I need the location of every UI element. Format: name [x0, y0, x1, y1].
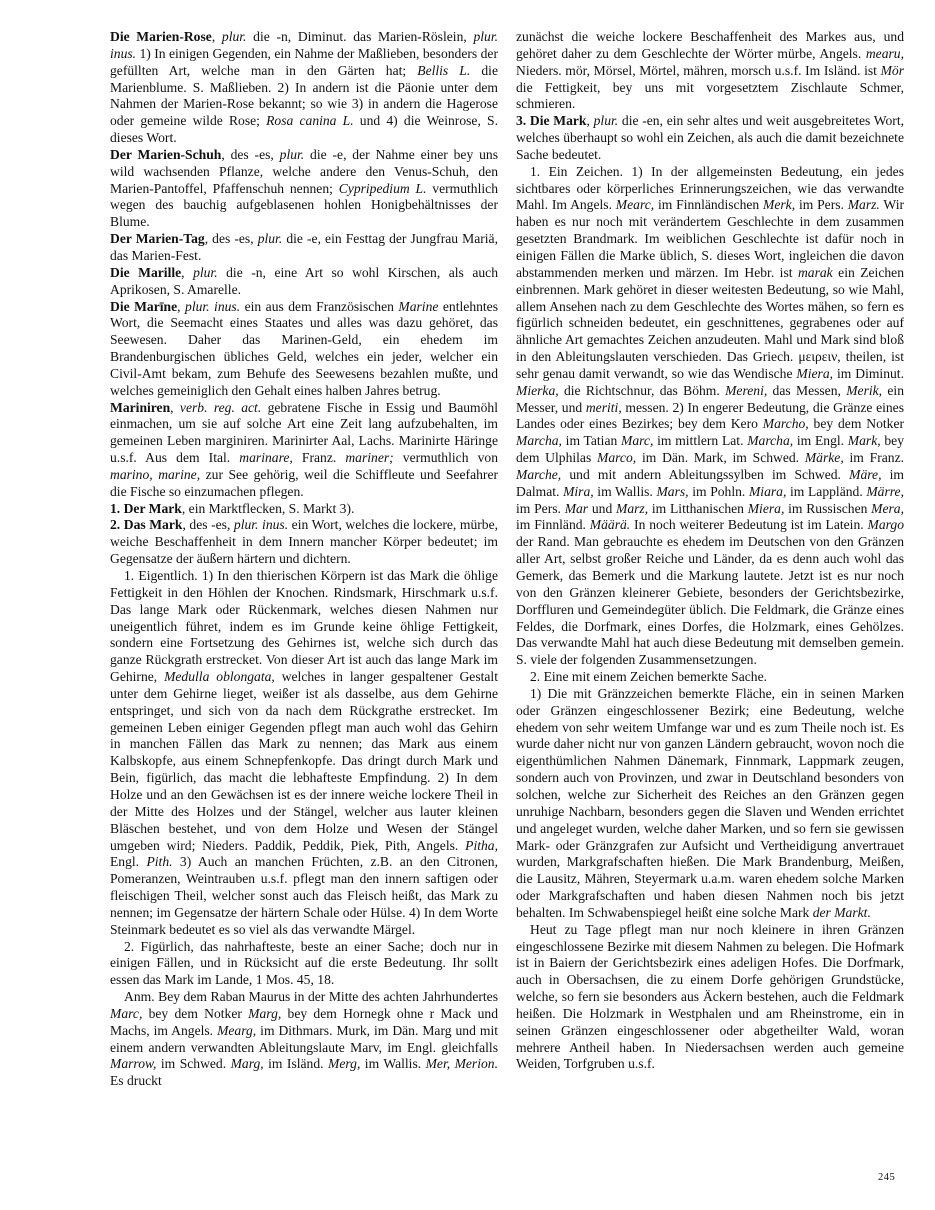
text: , [170, 400, 180, 415]
italic-term: Mearc, [616, 197, 654, 212]
headword: Der Marien-Tag [110, 231, 205, 246]
paragraph: 2. Figürlich, das nahrhafteste, beste an… [110, 939, 498, 990]
italic-term: Märe, [849, 467, 881, 482]
italic-term: Marrow, [110, 1056, 156, 1071]
text: und mit andern Ableitungssylben im Schwe… [561, 467, 849, 482]
paragraph: zunächst die weiche lockere Beschaffenhe… [516, 29, 904, 113]
text: Anm. Bey dem Raban Maurus in der Mitte d… [124, 989, 498, 1004]
text: im Franz. [844, 450, 904, 465]
italic-term: Merg, [328, 1056, 360, 1071]
italic-term: marinare, [239, 450, 293, 465]
text: , [177, 299, 185, 314]
dictionary-entry: 3. Die Mark, plur. die -en, ein sehr alt… [516, 113, 904, 164]
dictionary-page: Die Marien-Rose, plur. die -n, Diminut. … [0, 0, 935, 1210]
italic-term: Mera, [871, 501, 904, 516]
text: , des -es, [182, 517, 233, 532]
italic-term: mariner; [345, 450, 393, 465]
text: im Lit­thanischen [648, 501, 748, 516]
text: die Fettigkeit, bey uns mit vorgesetztem… [516, 80, 904, 112]
italic-term: Mar­cha, [516, 433, 562, 448]
italic-term: plur. [193, 265, 218, 280]
text: im Dän. Mark, im Schwed. [636, 450, 805, 465]
dictionary-entry: Die Marien-Rose, plur. die -n, Diminut. … [110, 29, 498, 147]
paragraph: 2. Eine mit einem Zeichen bemerkte Sache… [516, 669, 904, 686]
text: im Pers. [795, 197, 848, 212]
italic-term: Mars, [656, 484, 688, 499]
text: , des -es, [221, 147, 279, 162]
italic-term: Marg, [231, 1056, 264, 1071]
text: im Engl. [793, 433, 848, 448]
headword: 2. Das Mark [110, 517, 182, 532]
text: im Finnländ. [516, 517, 590, 532]
text: vermuthlich von [394, 450, 498, 465]
dictionary-entry: Der Marien-Tag, des -es, plur. die -e, e… [110, 231, 498, 265]
italic-term: Pitha, [465, 838, 498, 853]
text: ein aus dem Französischen [240, 299, 398, 314]
italic-term: Marcho, [763, 416, 809, 431]
italic-term: Cypripedium L. [339, 181, 427, 196]
italic-term: Mör [881, 63, 904, 78]
text: , [587, 113, 594, 128]
italic-term: Mira, [563, 484, 594, 499]
text: im Wallis. [360, 1056, 425, 1071]
text: im Pohln. [689, 484, 749, 499]
text: In noch weiterer Bedeutung ist im Latein… [630, 517, 867, 532]
headword: Die Marīne [110, 299, 177, 314]
headword: 3. Die Mark [516, 113, 587, 128]
text: Es druckt [110, 1073, 162, 1088]
italic-term: Pith. [146, 854, 172, 869]
italic-term: Marz, [616, 501, 648, 516]
text: bey dem Notker [142, 1006, 248, 1021]
italic-term: Mark, [848, 433, 881, 448]
text: Nieders. mör, Mörsel, Mörtel, mähren, mo… [516, 63, 881, 78]
text: 1) Die mit Gränzzeichen bemerkte Fläche,… [516, 686, 904, 920]
italic-term: plur. inus. [234, 517, 288, 532]
italic-term: Marc, [621, 433, 653, 448]
italic-term: mearu, [866, 46, 904, 61]
italic-term: Mierka, [516, 383, 559, 398]
italic-term: Märre, [866, 484, 904, 499]
text: , [181, 265, 193, 280]
dictionary-entry: Die Marīne, plur. inus. ein aus dem Fran… [110, 299, 498, 400]
italic-term: Märke, [805, 450, 844, 465]
text: im Russischen [784, 501, 871, 516]
italic-term: Rosa ca­nina L. [266, 113, 354, 128]
italic-term: Mearg, [217, 1023, 256, 1038]
text: bey dem Notker [809, 416, 904, 431]
italic-term: der Markt. [813, 905, 871, 920]
text: welches in langer gespaltener Gestalt un… [110, 669, 498, 852]
italic-term: Marz. [848, 197, 880, 212]
text: das Messen, [767, 383, 846, 398]
italic-term: Miera, [748, 501, 785, 516]
italic-term: plur. [280, 147, 305, 162]
text: , des -es, [205, 231, 258, 246]
text: im Wallis. [594, 484, 657, 499]
italic-term: Marine [398, 299, 438, 314]
text: im Isländ. [264, 1056, 328, 1071]
italic-term: Marc, [110, 1006, 142, 1021]
left-column: Die Marien-Rose, plur. die -n, Diminut. … [110, 29, 498, 1090]
right-column: zunächst die weiche lockere Beschaffenhe… [516, 29, 904, 1073]
headword: Der Marien-Schuh [110, 147, 221, 162]
text: im Lappländ. [786, 484, 866, 499]
text: im Tatian [562, 433, 621, 448]
paragraph: Anm. Bey dem Raban Maurus in der Mitte d… [110, 989, 498, 1090]
italic-term: Medulla oblon­gata, [164, 669, 275, 684]
text: die -n, Diminut. das Marien-Röslein, [246, 29, 473, 44]
text: im Schwed. [156, 1056, 230, 1071]
text: 2. Figürlich, das nahrhafteste, beste an… [110, 939, 498, 988]
italic-term: Mer, Merion. [426, 1056, 498, 1071]
italic-term: Merk, [763, 197, 795, 212]
italic-term: Mar [565, 501, 588, 516]
dictionary-entry: 2. Das Mark, des -es, plur. inus. ein Wo… [110, 517, 498, 568]
italic-term: plur. [222, 29, 247, 44]
text: 2. Eine mit einem Zeichen bemerkte Sache… [530, 669, 767, 684]
text: , [212, 29, 222, 44]
italic-term: Miera, [796, 366, 833, 381]
text: die Richtschnur, das Böhm. [559, 383, 725, 398]
italic-term: plur. [258, 231, 283, 246]
text: , ein Marktflecken, S. Markt 3). [182, 501, 355, 516]
paragraph: 1. Ein Zeichen. 1) In der allgemeinsten … [516, 164, 904, 669]
paragraph: Heut zu Tage pflegt man nur noch kleiner… [516, 922, 904, 1074]
page-number: 245 [878, 1172, 895, 1183]
italic-term: Marg, [248, 1006, 281, 1021]
dictionary-entry: Mariniren, verb. reg. act. gebratene Fis… [110, 400, 498, 501]
text: im Finnländischen [654, 197, 763, 212]
italic-term: meriti, [586, 400, 622, 415]
text: der Rand. Man gebrauchte es ehedem im De… [516, 534, 904, 667]
text: im Diminut. [833, 366, 904, 381]
paragraph: 1. Eigentlich. 1) In den thierischen Kör… [110, 568, 498, 939]
italic-term: verb. reg. act. [180, 400, 261, 415]
italic-term: Mereni, [725, 383, 767, 398]
italic-term: marino, marine, [110, 467, 200, 482]
headword: Die Marien-Rose [110, 29, 212, 44]
headword: Mariniren [110, 400, 170, 415]
text: ein Zeichen einbrennen. Mark ge­höret in… [516, 265, 904, 381]
dictionary-entry: Die Marille, plur. die -n, eine Art so w… [110, 265, 498, 299]
italic-term: Merik, [846, 383, 882, 398]
italic-term: Marco, [597, 450, 636, 465]
headword: 1. Der Mark [110, 501, 182, 516]
italic-term: Margo [868, 517, 905, 532]
italic-term: Määrä. [590, 517, 630, 532]
italic-term: Bellis L. [417, 63, 470, 78]
text: im Pers. [516, 501, 565, 516]
text: im mittlern Lat. [653, 433, 747, 448]
text: Heut zu Tage pflegt man nur noch kleiner… [516, 922, 904, 1072]
text: Engl. [110, 854, 146, 869]
italic-term: plur. [594, 113, 619, 128]
text: und [588, 501, 616, 516]
text: Franz. [293, 450, 346, 465]
text: 1. Eigentlich. 1) In den thierischen Kör… [110, 568, 498, 684]
text: zunächst die weiche lockere Beschaffenhe… [516, 29, 904, 61]
italic-term: Miara, [749, 484, 786, 499]
italic-term: plur. inus. [185, 299, 240, 314]
italic-term: Marche, [516, 467, 561, 482]
italic-term: Marcha, [747, 433, 793, 448]
dictionary-entry: 1. Der Mark, ein Marktflecken, S. Markt … [110, 501, 498, 518]
headword: Die Marille [110, 265, 181, 280]
paragraph: 1) Die mit Gränzzeichen bemerkte Fläche,… [516, 686, 904, 922]
dictionary-entry: Der Marien-Schuh, des -es, plur. die -e,… [110, 147, 498, 231]
italic-term: marak [798, 265, 833, 280]
